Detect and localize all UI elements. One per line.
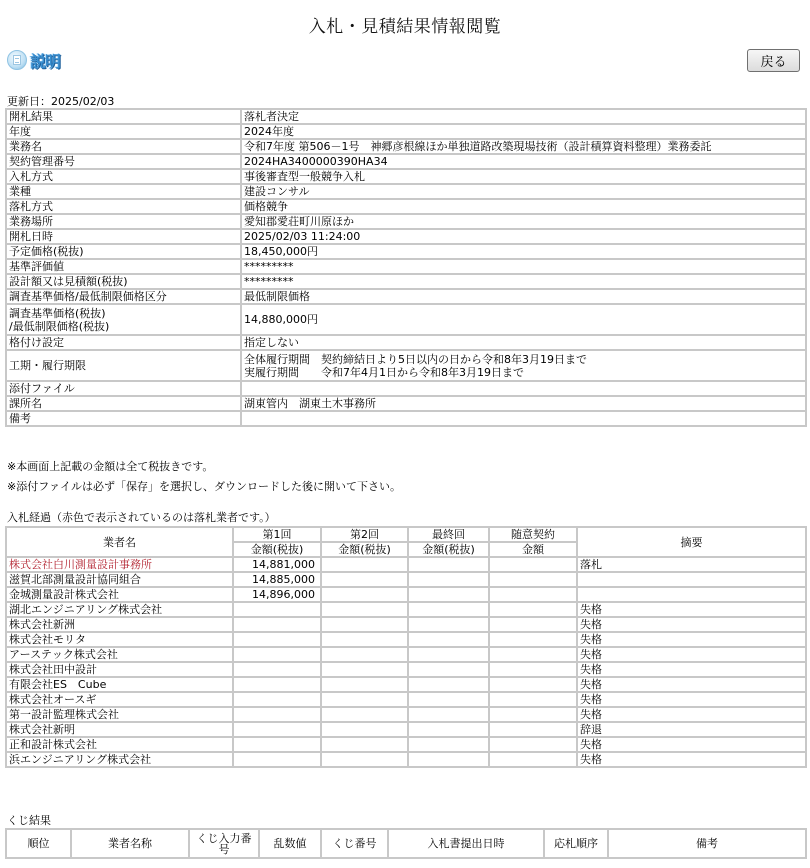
negotiated-amount <box>489 647 577 662</box>
negotiated-amount <box>489 587 577 602</box>
info-row: 工期・履行期限全体履行期間 契約締結日より5日以内の日から令和8年3月19日まで… <box>6 350 806 381</box>
info-label-text: 契約管理番号 <box>9 155 238 168</box>
bidder-name: 正和設計株式会社 <box>6 737 233 752</box>
info-row: 開札結果落札者決定 <box>6 109 806 124</box>
info-value-text: 18,450,000円 <box>244 245 803 258</box>
info-label-text: 添付ファイル <box>9 382 238 395</box>
info-label-text-2: /最低制限価格(税抜) <box>9 320 238 333</box>
lottery-table: 順位業者名称くじ入力番号乱数値くじ番号入札書提出日時応札順序備考 <box>5 828 807 859</box>
round1-amount <box>233 692 321 707</box>
final-amount <box>408 752 489 767</box>
info-label-text: 課所名 <box>9 397 238 410</box>
info-value-text: 事後審査型一般競争入札 <box>244 170 803 183</box>
bid-row: 株式会社新明辞退 <box>6 722 806 737</box>
round1-amount <box>233 677 321 692</box>
tax-note: ※本画面上記載の金額は全て税抜きです。 <box>7 458 213 474</box>
lottery-header: 備考 <box>608 829 806 858</box>
info-label-text: 業種 <box>9 185 238 198</box>
bid-row: 滋賀北部測量設計協同組合14,885,000 <box>6 572 806 587</box>
final-amount <box>408 707 489 722</box>
info-row: 業務名令和7年度 第506－1号 神郷彦根線ほか単独道路改築現場技術（設計積算資… <box>6 139 806 154</box>
bid-row: 株式会社新洲失格 <box>6 617 806 632</box>
header-round2: 第2回 <box>321 527 408 542</box>
info-value: 事後審査型一般競争入札 <box>241 169 806 184</box>
info-value: 落札者決定 <box>241 109 806 124</box>
round2-amount <box>321 617 408 632</box>
final-amount <box>408 677 489 692</box>
bid-summary: 失格 <box>577 632 806 647</box>
info-row: 基準評価値********* <box>6 259 806 274</box>
bidder-name: 金城測量設計株式会社 <box>6 587 233 602</box>
info-row: 課所名湖東管内 湖東土木事務所 <box>6 396 806 411</box>
info-value: 指定しない <box>241 335 806 350</box>
negotiated-amount <box>489 572 577 587</box>
bidder-name: 株式会社新洲 <box>6 617 233 632</box>
negotiated-amount <box>489 557 577 572</box>
round1-amount <box>233 722 321 737</box>
bidder-name: アーステック株式会社 <box>6 647 233 662</box>
info-value: 最低制限価格 <box>241 289 806 304</box>
negotiated-amount <box>489 692 577 707</box>
header-final-amount: 金額(税抜) <box>408 542 489 557</box>
info-label: 予定価格(税抜) <box>6 244 241 259</box>
info-value: 2024年度 <box>241 124 806 139</box>
bid-row: アーステック株式会社失格 <box>6 647 806 662</box>
bidder-name: 第一設計監理株式会社 <box>6 707 233 722</box>
info-value-text: ********* <box>244 260 803 273</box>
round2-amount <box>321 737 408 752</box>
info-label: 課所名 <box>6 396 241 411</box>
info-row: 年度2024年度 <box>6 124 806 139</box>
round2-amount <box>321 677 408 692</box>
info-label-text: 年度 <box>9 125 238 138</box>
info-row: 業務場所愛知郡愛荘町川原ほか <box>6 214 806 229</box>
round1-amount <box>233 737 321 752</box>
info-label-text: 調査基準価格/最低制限価格区分 <box>9 290 238 303</box>
bidder-name: 株式会社モリタ <box>6 632 233 647</box>
round2-amount <box>321 662 408 677</box>
negotiated-amount <box>489 602 577 617</box>
updated-date: 更新日：2025/02/03 <box>7 93 114 109</box>
info-value: 14,880,000円 <box>241 304 806 335</box>
info-label: 開札結果 <box>6 109 241 124</box>
round2-amount <box>321 557 408 572</box>
info-value-text: 令和7年度 第506－1号 神郷彦根線ほか単独道路改築現場技術（設計積算資料整理… <box>244 140 803 153</box>
info-value: 令和7年度 第506－1号 神郷彦根線ほか単独道路改築現場技術（設計積算資料整理… <box>241 139 806 154</box>
info-label-text: 格付け設定 <box>9 336 238 349</box>
info-row: 開札日時2025/02/03 11:24:00 <box>6 229 806 244</box>
lottery-header: 順位 <box>6 829 71 858</box>
header-round2-amount: 金額(税抜) <box>321 542 408 557</box>
info-label-text: 開札結果 <box>9 110 238 123</box>
negotiated-amount <box>489 722 577 737</box>
bid-summary: 失格 <box>577 707 806 722</box>
info-value: ********* <box>241 274 806 289</box>
bid-summary: 落札 <box>577 557 806 572</box>
bid-summary: 失格 <box>577 662 806 677</box>
info-label: 業務場所 <box>6 214 241 229</box>
info-label-text: 業務場所 <box>9 215 238 228</box>
final-amount <box>408 557 489 572</box>
bidder-name: 滋賀北部測量設計協同組合 <box>6 572 233 587</box>
info-value-text: 指定しない <box>244 336 803 349</box>
round2-amount <box>321 722 408 737</box>
bidder-name: 有限会社ES Cube <box>6 677 233 692</box>
negotiated-amount <box>489 617 577 632</box>
info-value: 建設コンサル <box>241 184 806 199</box>
help-label: 説明 <box>30 49 60 72</box>
final-amount <box>408 647 489 662</box>
info-label: 格付け設定 <box>6 335 241 350</box>
round1-amount: 14,896,000 <box>233 587 321 602</box>
info-value-text: 2024HA3400000390HA34 <box>244 155 803 168</box>
bid-summary: 失格 <box>577 692 806 707</box>
final-amount <box>408 632 489 647</box>
bid-summary <box>577 572 806 587</box>
info-row: 添付ファイル <box>6 381 806 396</box>
info-value-text: 愛知郡愛荘町川原ほか <box>244 215 803 228</box>
info-label: 添付ファイル <box>6 381 241 396</box>
info-value-text: 全体履行期間 契約締結日より5日以内の日から令和8年3月19日まで <box>244 353 803 366</box>
lottery-header: くじ番号 <box>321 829 388 858</box>
bid-summary: 失格 <box>577 737 806 752</box>
info-value-text: 2025/02/03 11:24:00 <box>244 230 803 243</box>
bid-row: 正和設計株式会社失格 <box>6 737 806 752</box>
info-row: 調査基準価格/最低制限価格区分最低制限価格 <box>6 289 806 304</box>
header-round1-amount: 金額(税抜) <box>233 542 321 557</box>
final-amount <box>408 737 489 752</box>
info-value <box>241 411 806 426</box>
round2-amount <box>321 707 408 722</box>
document-circle-icon <box>7 50 27 70</box>
file-note: ※添付ファイルは必ず「保存」を選択し、ダウンロードした後に開いて下さい。 <box>7 478 401 494</box>
bid-summary: 失格 <box>577 677 806 692</box>
bid-row: 株式会社モリタ失格 <box>6 632 806 647</box>
info-value-text: 価格競争 <box>244 200 803 213</box>
info-label-text: 備考 <box>9 412 238 425</box>
back-button[interactable]: 戻る <box>747 49 800 72</box>
bid-caption: 入札経過（赤色で表示されているのは落札業者です。） <box>7 509 276 525</box>
info-label: 調査基準価格(税抜)/最低制限価格(税抜) <box>6 304 241 335</box>
info-value: 18,450,000円 <box>241 244 806 259</box>
info-row: 業種建設コンサル <box>6 184 806 199</box>
final-amount <box>408 692 489 707</box>
final-amount <box>408 617 489 632</box>
lottery-header: 乱数値 <box>259 829 321 858</box>
info-table: 開札結果落札者決定年度2024年度業務名令和7年度 第506－1号 神郷彦根線ほ… <box>5 108 807 427</box>
bid-summary: 失格 <box>577 752 806 767</box>
info-value: 湖東管内 湖東土木事務所 <box>241 396 806 411</box>
round1-amount <box>233 662 321 677</box>
info-value-text: 落札者決定 <box>244 110 803 123</box>
bid-row: 株式会社オースギ失格 <box>6 692 806 707</box>
info-label: 開札日時 <box>6 229 241 244</box>
info-label-text: 入札方式 <box>9 170 238 183</box>
bidder-name: 株式会社新明 <box>6 722 233 737</box>
info-label-text: 落札方式 <box>9 200 238 213</box>
round1-amount: 14,881,000 <box>233 557 321 572</box>
info-label: 調査基準価格/最低制限価格区分 <box>6 289 241 304</box>
round2-amount <box>321 692 408 707</box>
round1-amount <box>233 647 321 662</box>
bid-row: 株式会社田中設計失格 <box>6 662 806 677</box>
round1-amount <box>233 752 321 767</box>
info-label: 工期・履行期限 <box>6 350 241 381</box>
lottery-header: くじ入力番号 <box>189 829 259 858</box>
header-negotiated-amount: 金額 <box>489 542 577 557</box>
info-row: 予定価格(税抜)18,450,000円 <box>6 244 806 259</box>
info-label-text: 予定価格(税抜) <box>9 245 238 258</box>
info-label-text: 設計額又は見積額(税抜) <box>9 275 238 288</box>
final-amount <box>408 572 489 587</box>
bid-summary: 失格 <box>577 647 806 662</box>
bid-row: 浜エンジニアリング株式会社失格 <box>6 752 806 767</box>
info-value: 愛知郡愛荘町川原ほか <box>241 214 806 229</box>
bid-row: 株式会社白川測量設計事務所14,881,000落札 <box>6 557 806 572</box>
negotiated-amount <box>489 707 577 722</box>
info-label: 落札方式 <box>6 199 241 214</box>
bid-summary: 失格 <box>577 617 806 632</box>
round2-amount <box>321 632 408 647</box>
info-row: 契約管理番号2024HA3400000390HA34 <box>6 154 806 169</box>
help-link[interactable]: 説明 <box>7 48 60 72</box>
round1-amount <box>233 617 321 632</box>
bidder-name: 株式会社オースギ <box>6 692 233 707</box>
bid-summary <box>577 587 806 602</box>
final-amount <box>408 722 489 737</box>
info-value: 2025/02/03 11:24:00 <box>241 229 806 244</box>
bid-row: 有限会社ES Cube失格 <box>6 677 806 692</box>
bid-row: 第一設計監理株式会社失格 <box>6 707 806 722</box>
info-label: 年度 <box>6 124 241 139</box>
info-label: 備考 <box>6 411 241 426</box>
info-value: 2024HA3400000390HA34 <box>241 154 806 169</box>
info-label: 基準評価値 <box>6 259 241 274</box>
bid-summary: 失格 <box>577 602 806 617</box>
round1-amount <box>233 707 321 722</box>
info-value-text: 最低制限価格 <box>244 290 803 303</box>
info-row: 格付け設定指定しない <box>6 335 806 350</box>
info-value-text: 14,880,000円 <box>244 313 803 326</box>
bidder-name: 株式会社白川測量設計事務所 <box>6 557 233 572</box>
header-bidder-name: 業者名 <box>6 527 233 557</box>
header-final-round: 最終回 <box>408 527 489 542</box>
info-label: 入札方式 <box>6 169 241 184</box>
final-amount <box>408 602 489 617</box>
info-label-text: 調査基準価格(税抜) <box>9 307 238 320</box>
info-label-text: 基準評価値 <box>9 260 238 273</box>
round2-amount <box>321 587 408 602</box>
info-row: 調査基準価格(税抜)/最低制限価格(税抜)14,880,000円 <box>6 304 806 335</box>
negotiated-amount <box>489 662 577 677</box>
final-amount <box>408 662 489 677</box>
bid-row: 金城測量設計株式会社14,896,000 <box>6 587 806 602</box>
info-value: 全体履行期間 契約締結日より5日以内の日から令和8年3月19日まで実履行期間 令… <box>241 350 806 381</box>
lottery-caption: くじ結果 <box>7 812 51 828</box>
info-label: 契約管理番号 <box>6 154 241 169</box>
bid-row: 湖北エンジニアリング株式会社失格 <box>6 602 806 617</box>
page-title: 入札・見積結果情報閲覧 <box>0 12 810 37</box>
info-row: 落札方式価格競争 <box>6 199 806 214</box>
header-negotiated: 随意契約 <box>489 527 577 542</box>
negotiated-amount <box>489 752 577 767</box>
negotiated-amount <box>489 632 577 647</box>
round2-amount <box>321 572 408 587</box>
info-label-text: 業務名 <box>9 140 238 153</box>
info-row: 設計額又は見積額(税抜)********* <box>6 274 806 289</box>
round1-amount <box>233 632 321 647</box>
info-row: 入札方式事後審査型一般競争入札 <box>6 169 806 184</box>
info-label-text: 開札日時 <box>9 230 238 243</box>
info-label: 設計額又は見積額(税抜) <box>6 274 241 289</box>
round2-amount <box>321 602 408 617</box>
info-row: 備考 <box>6 411 806 426</box>
round2-amount <box>321 647 408 662</box>
info-label: 業務名 <box>6 139 241 154</box>
info-value: ********* <box>241 259 806 274</box>
info-label-text: 工期・履行期限 <box>9 359 238 372</box>
negotiated-amount <box>489 737 577 752</box>
info-value-text: 湖東管内 湖東土木事務所 <box>244 397 803 410</box>
info-value-text: 建設コンサル <box>244 185 803 198</box>
round1-amount: 14,885,000 <box>233 572 321 587</box>
lottery-header: 業者名称 <box>71 829 189 858</box>
bid-history-table: 業者名 第1回 第2回 最終回 随意契約 摘要 金額(税抜) 金額(税抜) 金額… <box>5 526 807 768</box>
round2-amount <box>321 752 408 767</box>
bidder-name: 浜エンジニアリング株式会社 <box>6 752 233 767</box>
lottery-header: 入札書提出日時 <box>388 829 544 858</box>
info-value-text: 2024年度 <box>244 125 803 138</box>
info-value <box>241 381 806 396</box>
info-value-text-2: 実履行期間 令和7年4月1日から令和8年3月19日まで <box>244 366 803 379</box>
info-value-text: ********* <box>244 275 803 288</box>
info-value: 価格競争 <box>241 199 806 214</box>
lottery-header: 応札順序 <box>544 829 608 858</box>
final-amount <box>408 587 489 602</box>
bid-summary: 辞退 <box>577 722 806 737</box>
bidder-name: 株式会社田中設計 <box>6 662 233 677</box>
negotiated-amount <box>489 677 577 692</box>
round1-amount <box>233 602 321 617</box>
header-round1: 第1回 <box>233 527 321 542</box>
bidder-name: 湖北エンジニアリング株式会社 <box>6 602 233 617</box>
info-label: 業種 <box>6 184 241 199</box>
header-summary: 摘要 <box>577 527 806 557</box>
